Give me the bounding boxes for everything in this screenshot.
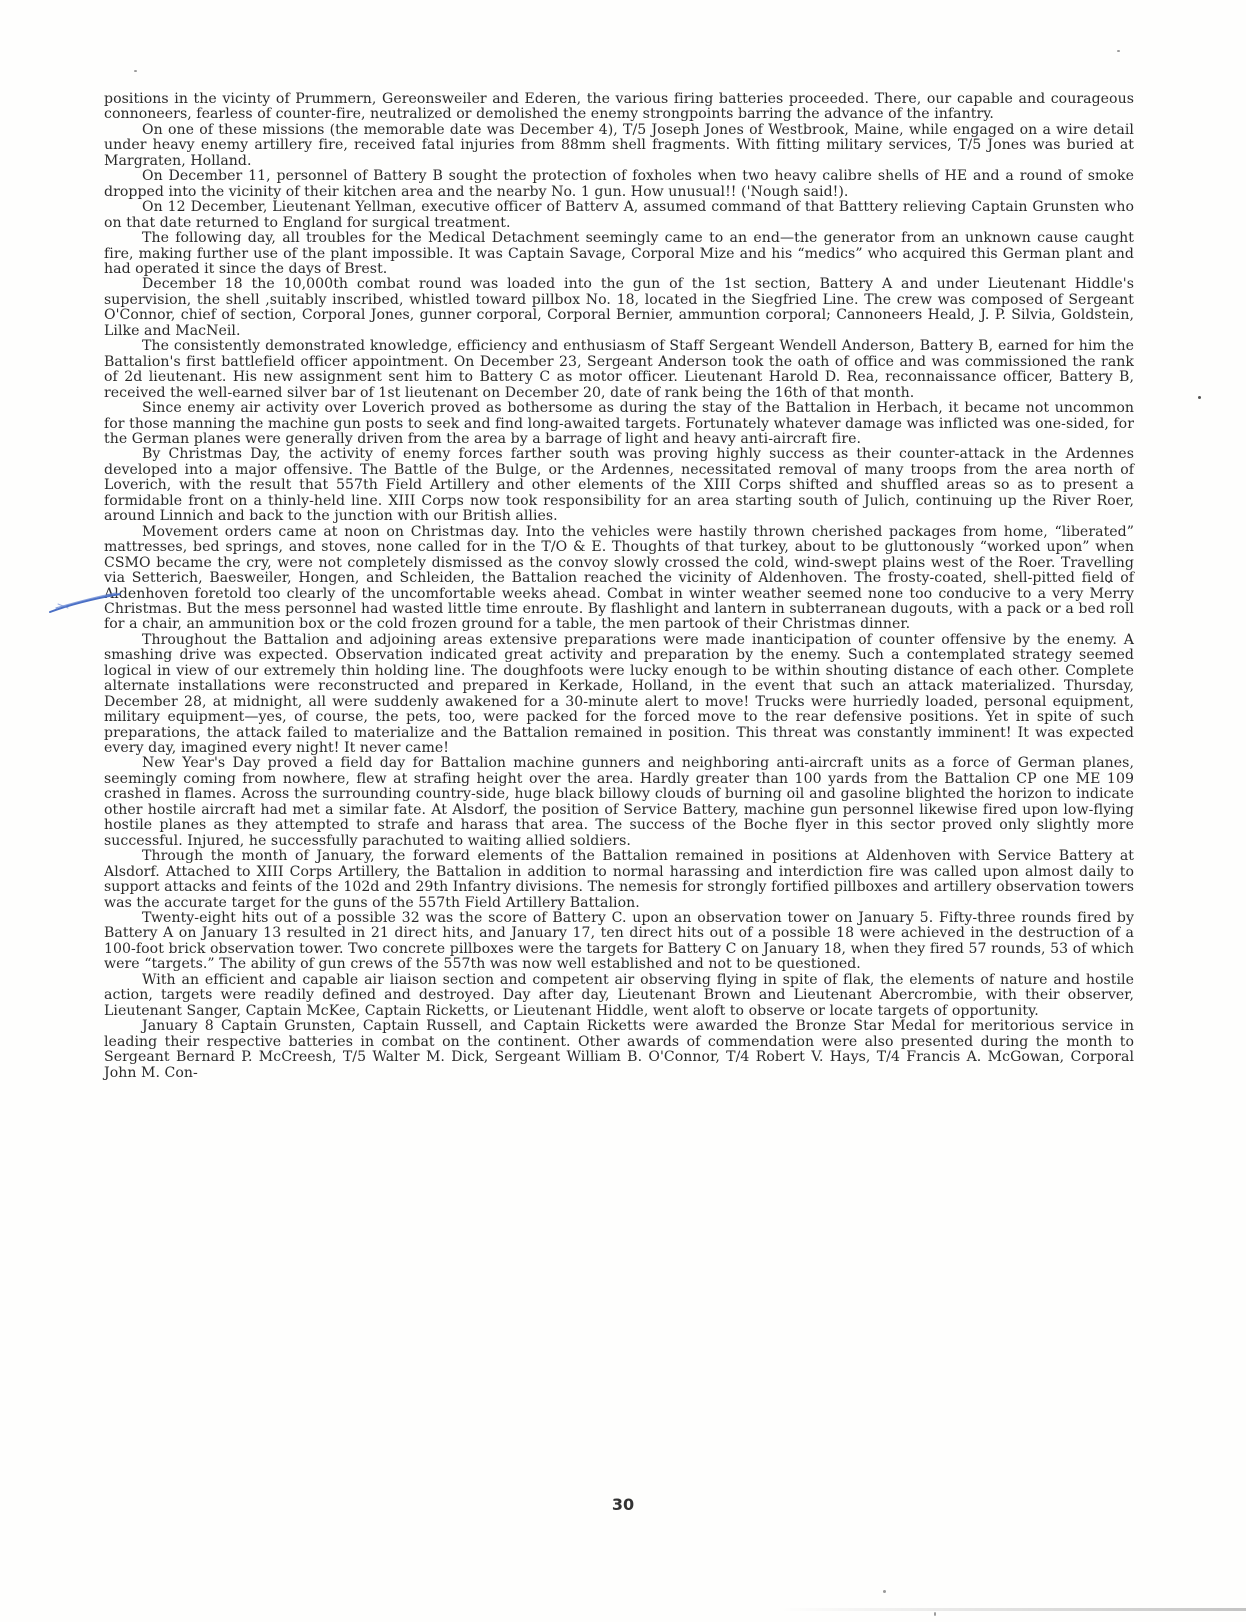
paragraph: January 8 Captain Grunsten, Captain Russ…: [104, 1019, 1134, 1081]
paragraph: Movement orders came at noon on Christma…: [104, 525, 1134, 633]
page-number: 30: [0, 1495, 1246, 1514]
paragraph: The consistently demonstrated knowledge,…: [104, 339, 1134, 401]
paragraph: On December 11, personnel of Battery B s…: [104, 169, 1134, 200]
paragraph: New Year's Day proved a field day for Ba…: [104, 756, 1134, 849]
scan-speck: [883, 1590, 886, 1593]
scan-speck: [134, 70, 137, 72]
paragraph: By Christmas Day, the activity of enemy …: [104, 447, 1134, 524]
paragraph: Throughout the Battalion and adjoining a…: [104, 633, 1134, 757]
scanned-page: positions in the vicinty of Prummern, Ge…: [0, 0, 1246, 1622]
paragraph: On 12 December, Lieutenant Yellman, exec…: [104, 200, 1134, 231]
scan-speck: [1117, 50, 1120, 52]
paragraph: On one of these missions (the memorable …: [104, 123, 1134, 169]
scan-edge-shadow: [780, 1608, 1246, 1611]
paragraph: With an efficient and capable air liaiso…: [104, 973, 1134, 1019]
pen-mark-icon: [46, 588, 126, 616]
paragraph: Through the month of January, the forwar…: [104, 849, 1134, 911]
body-text: positions in the vicinty of Prummern, Ge…: [104, 92, 1134, 1081]
paragraph: Twenty-eight hits out of a possible 32 w…: [104, 911, 1134, 973]
scan-speck: [1108, 581, 1110, 583]
scan-speck: [934, 1612, 936, 1616]
paragraph: December 18 the 10,000th combat round wa…: [104, 277, 1134, 339]
paragraph: positions in the vicinty of Prummern, Ge…: [104, 92, 1134, 123]
scan-speck: [1198, 396, 1201, 399]
paragraph: The following day, all troubles for the …: [104, 231, 1134, 277]
paragraph: Since enemy air activity over Loverich p…: [104, 401, 1134, 447]
